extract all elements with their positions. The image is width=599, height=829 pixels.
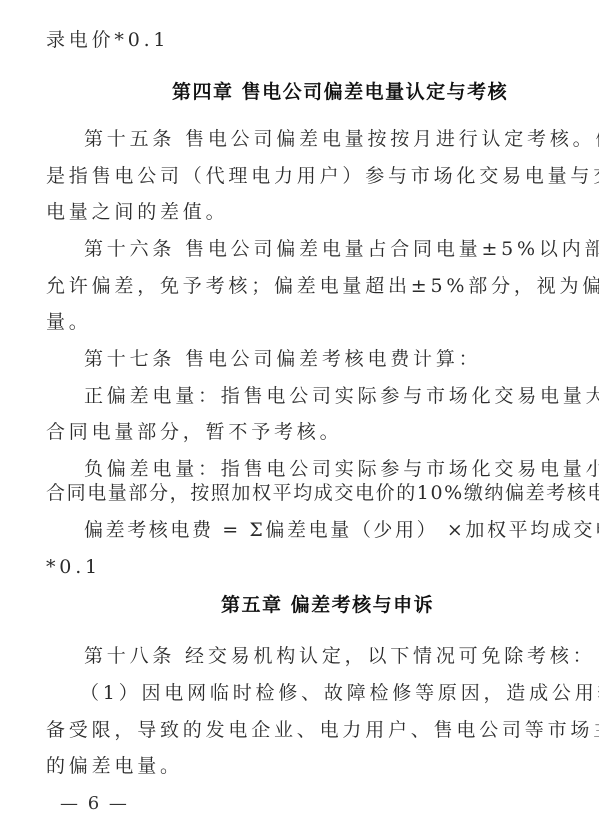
page-number: — 6 — bbox=[60, 793, 129, 815]
negative-deviation-line-2: 合同电量部分，按照加权平均成交电价的10%缴纳偏差考核电费。 bbox=[46, 481, 566, 505]
article-15-line-1: 第十五条 售电公司偏差电量按按月进行认定考核。偏差电量 bbox=[84, 127, 599, 151]
positive-deviation-line-1: 正偏差电量：指售电公司实际参与市场化交易电量大于交易 bbox=[84, 384, 599, 408]
article-18-line-1: 第十八条 经交易机构认定，以下情况可免除考核： bbox=[84, 644, 599, 668]
article-16-line-3: 量。 bbox=[46, 310, 566, 334]
document-page: 录电价*0.1 第四章 售电公司偏差电量认定与考核 第十五条 售电公司偏差电量按… bbox=[0, 0, 599, 829]
article-17-line-1: 第十七条 售电公司偏差考核电费计算： bbox=[84, 347, 599, 371]
article-15-line-3: 电量之间的差值。 bbox=[46, 200, 566, 224]
text-line-formula-tail: 录电价*0.1 bbox=[46, 28, 566, 52]
positive-deviation-line-2: 合同电量部分，暂不予考核。 bbox=[46, 420, 566, 444]
article-18-item-1-line-3: 的偏差电量。 bbox=[46, 754, 566, 778]
negative-deviation-line-1: 负偏差电量：指售电公司实际参与市场化交易电量小于交易 bbox=[84, 457, 599, 481]
article-15-line-2: 是指售电公司（代理电力用户）参与市场化交易电量与交易合同 bbox=[46, 164, 566, 188]
fee-formula-line-1: 偏差考核电费 = Σ偏差电量（少用） ×加权平均成交电价 bbox=[84, 518, 599, 542]
article-16-line-1: 第十六条 售电公司偏差电量占合同电量±5%以内部分，视为 bbox=[84, 237, 599, 261]
article-16-line-2: 允许偏差，免予考核；偏差电量超出±5%部分，视为偏差考核电 bbox=[46, 274, 566, 298]
article-18-item-1-line-1: （1）因电网临时检修、故障检修等原因，造成公用输配电设 bbox=[80, 681, 599, 705]
fee-formula-line-2: *0.1 bbox=[46, 555, 566, 579]
article-18-item-1-line-2: 备受限，导致的发电企业、电力用户、售电公司等市场主体产生 bbox=[46, 718, 566, 742]
chapter-5-heading: 第五章 偏差考核与申诉 bbox=[221, 593, 434, 617]
chapter-4-heading: 第四章 售电公司偏差电量认定与考核 bbox=[172, 80, 508, 104]
